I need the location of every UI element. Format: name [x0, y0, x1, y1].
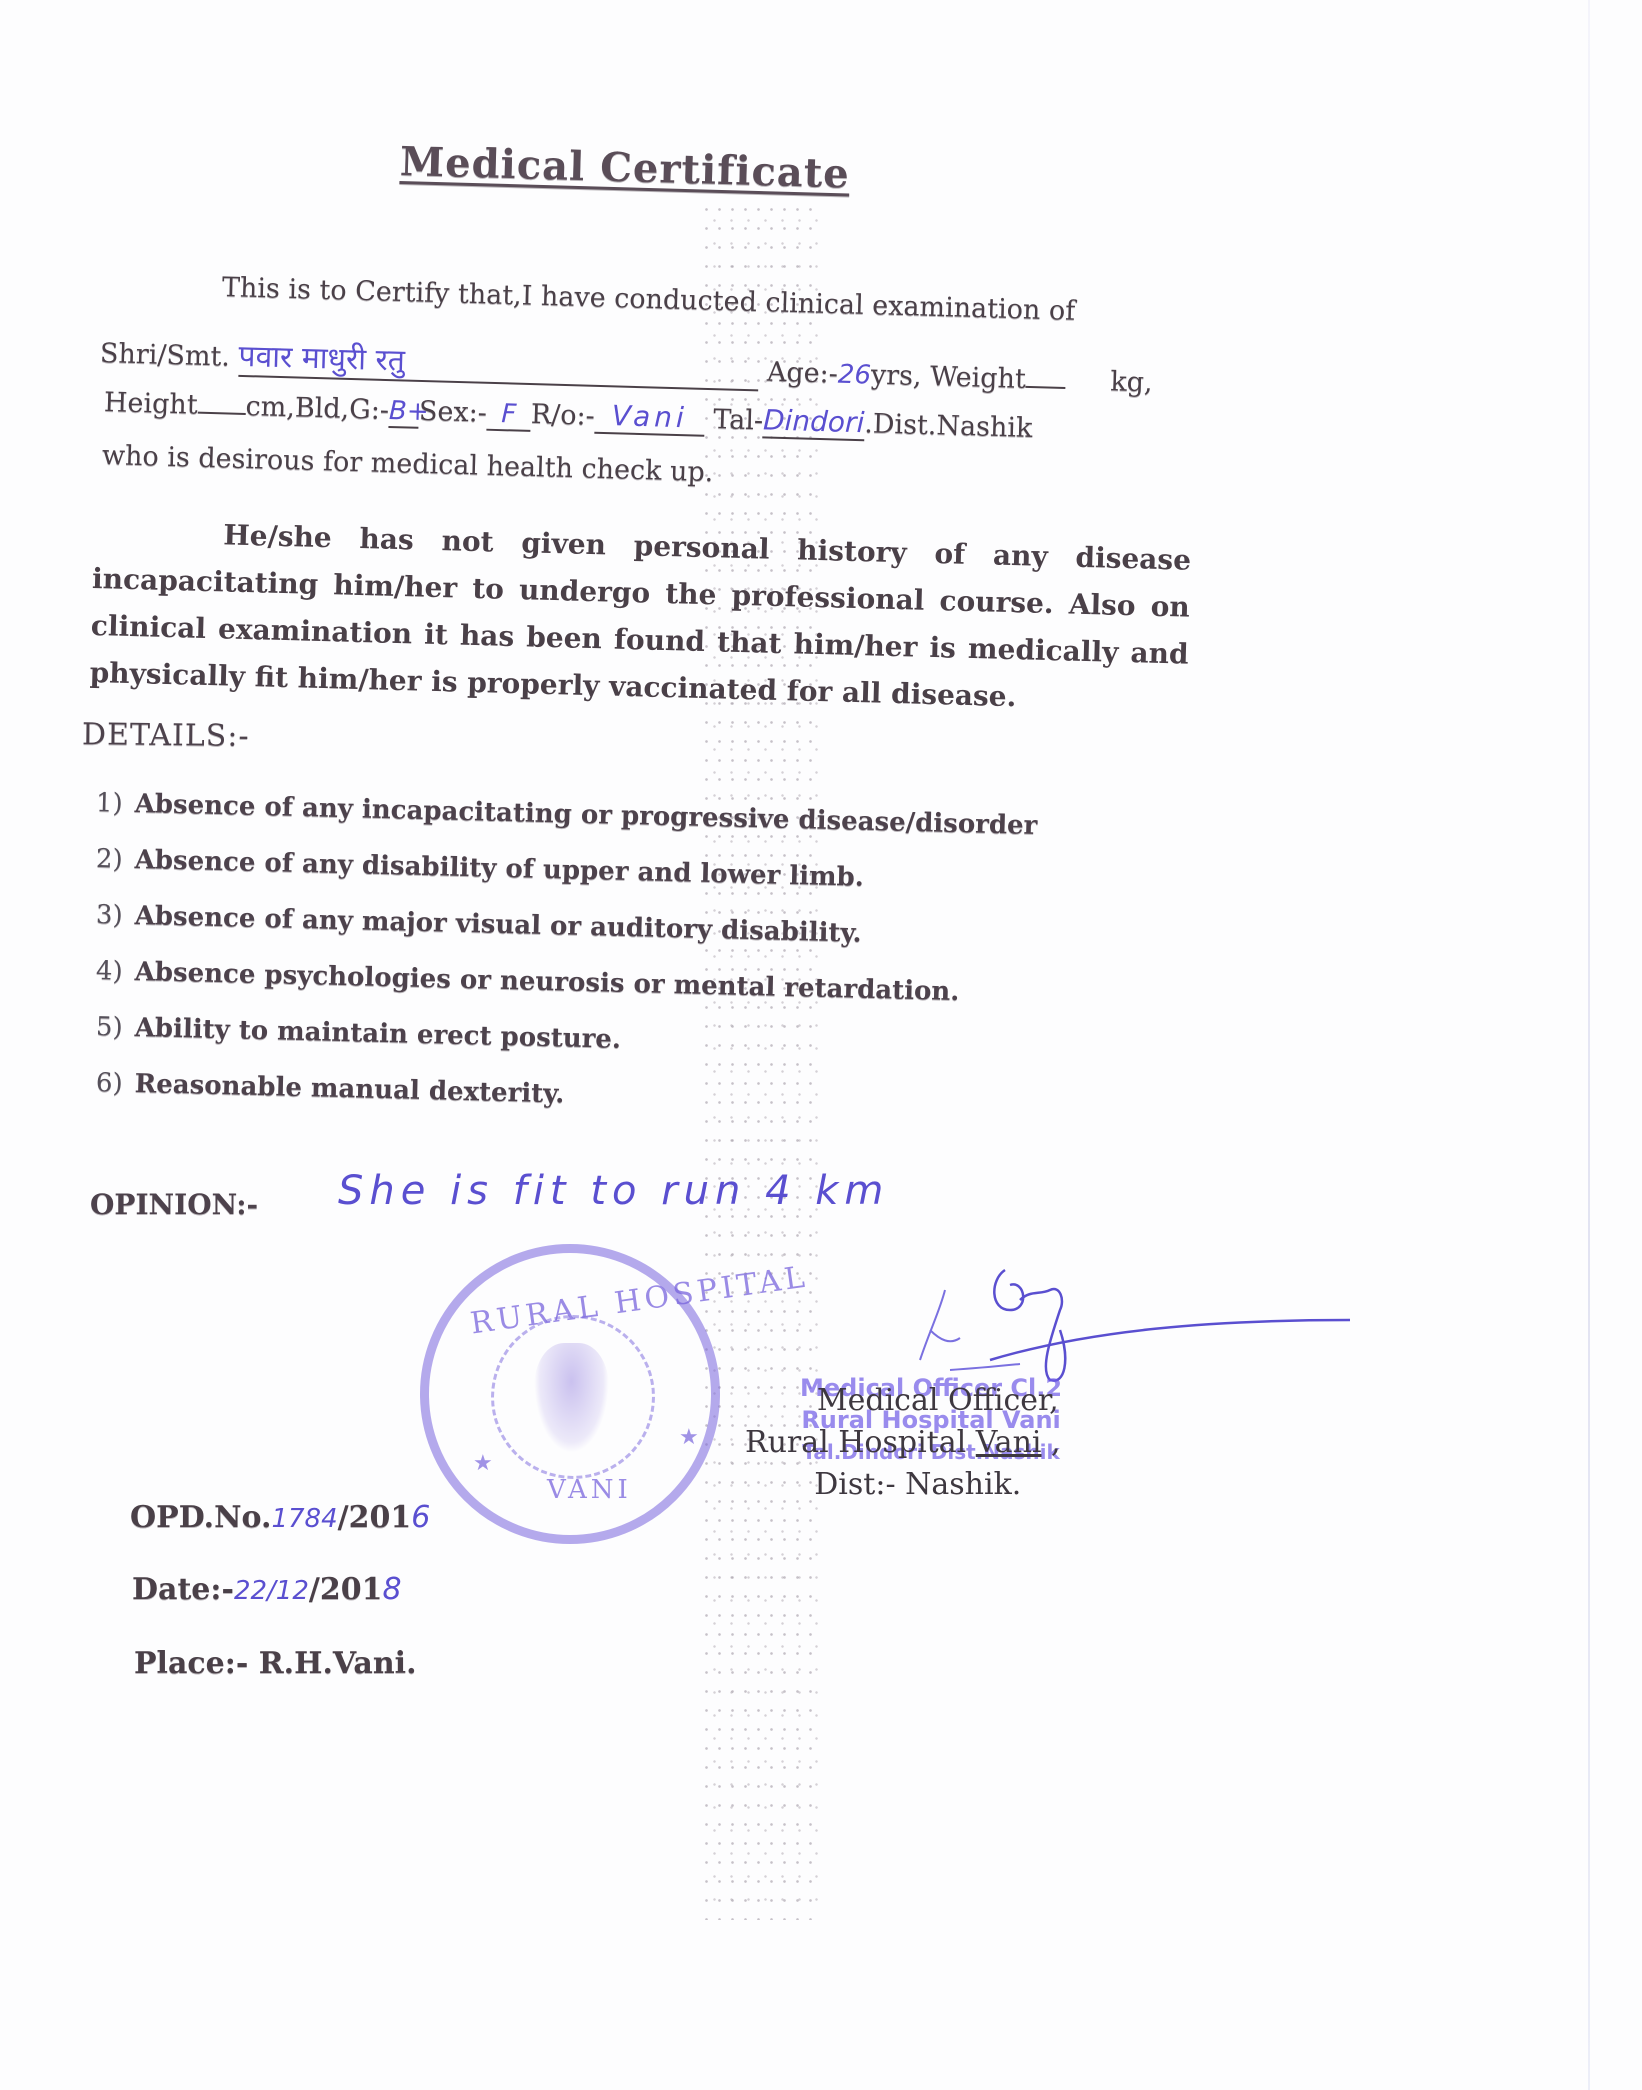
national-emblem-icon	[534, 1343, 609, 1453]
detail-item: 3)Absence of any major visual or auditor…	[96, 900, 862, 949]
opd-number-line: OPD.No.1784/2016	[130, 1500, 430, 1535]
place-line: Place:- R.H.Vani.	[134, 1646, 417, 1681]
weight-label: Weight	[930, 361, 1027, 395]
detail-item: 4)Absence psychologies or neurosis or me…	[96, 956, 960, 1007]
officer-district: Dist:- Nashik.	[745, 1464, 1061, 1506]
taluka-value: Dindori	[763, 403, 865, 441]
opinion-value: She is fit to run 4 km	[338, 1168, 889, 1214]
age-unit: yrs,	[871, 360, 922, 392]
name-field: पवार माधुरी रतु	[238, 334, 759, 392]
detail-item: 1)Absence of any incapacitating or progr…	[96, 788, 1038, 841]
officer-hospital: Rural Hospital Vani ,	[745, 1422, 1061, 1464]
statement-paragraph: He/she has not given personal history of…	[89, 508, 1192, 725]
hospital-stamp: RURAL HOSPITAL VANI ★ ★	[420, 1244, 720, 1544]
name-value: पवार माधुरी रतु	[238, 339, 405, 379]
taluka-label: Tal-	[713, 404, 764, 436]
height-unit: cm,	[245, 391, 295, 423]
star-icon: ★	[473, 1451, 493, 1476]
height-label: Height	[104, 387, 199, 421]
officer-block: Medical Officer, Rural Hospital Vani , D…	[745, 1380, 1061, 1506]
details-heading: DETAILS:-	[82, 717, 250, 754]
page-title: Medical Certificate	[399, 138, 850, 198]
detail-item: 6)Reasonable manual dexterity.	[96, 1068, 565, 1109]
opd-number: 1784	[271, 1504, 337, 1534]
intro-line-1: This is to Certify that,I have conducted…	[222, 272, 1076, 327]
signature	[890, 1250, 1350, 1390]
blood-group-value: B+	[389, 396, 420, 429]
detail-item: 5)Ability to maintain erect posture.	[96, 1012, 622, 1055]
residence-label: R/o:-	[530, 399, 595, 432]
medical-certificate: Medical Certificate This is to Certify t…	[0, 0, 1642, 2090]
stamp-top-text: RURAL HOSPITAL	[468, 1259, 810, 1341]
district-text: .Dist.Nashik	[864, 408, 1033, 444]
residence-value: Vani	[594, 399, 705, 437]
sex-value: F	[486, 399, 531, 432]
age-value: 26	[837, 360, 871, 391]
sex-label: Sex:-	[419, 396, 488, 429]
officer-designation: Medical Officer,	[745, 1380, 1061, 1422]
weight-unit: kg,	[1110, 366, 1153, 398]
opinion-label: OPINION:-	[90, 1188, 258, 1221]
star-icon: ★	[679, 1425, 699, 1450]
blood-group-label: Bld,G:-	[294, 392, 389, 426]
detail-item: 2)Absence of any disability of upper and…	[96, 844, 865, 893]
intro-line-4: who is desirous for medical health check…	[102, 440, 714, 488]
age-label: Age:-	[767, 357, 839, 390]
date-day: 22	[234, 1576, 267, 1606]
date-month: 12	[276, 1576, 309, 1606]
stamp-bottom-text: VANI	[547, 1475, 632, 1505]
height-field	[197, 412, 245, 415]
date-line: Date:-22/12/2018	[132, 1572, 402, 1607]
weight-field	[1026, 386, 1066, 389]
place-value: R.H.Vani.	[259, 1646, 417, 1681]
name-label: Shri/Smt.	[100, 338, 231, 373]
